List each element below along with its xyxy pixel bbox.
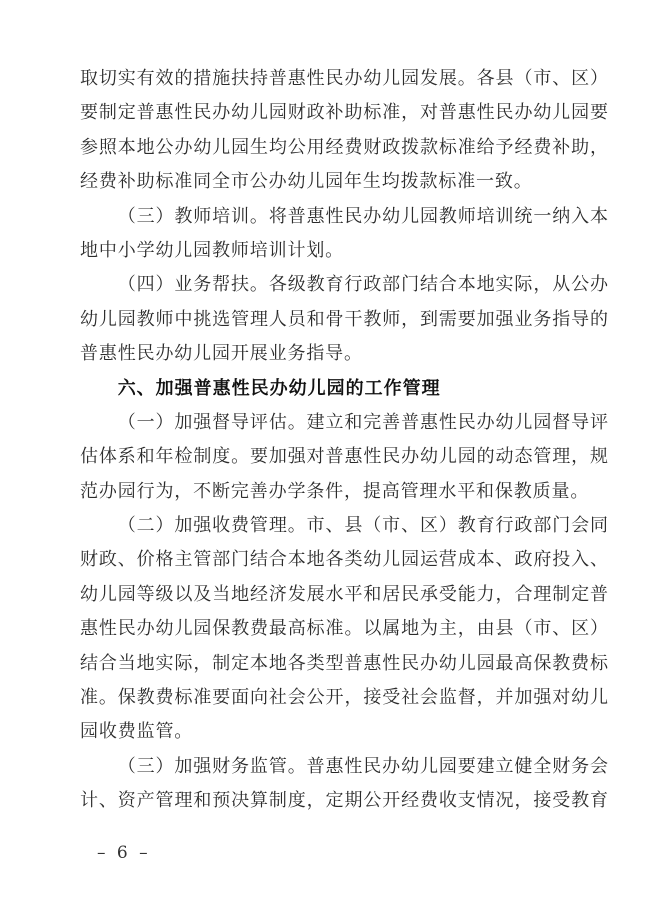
page-number: – 6 – bbox=[97, 843, 151, 863]
text-line: （四）业务帮扶。各级教育行政部门结合本地实际，从公办 bbox=[80, 268, 608, 302]
text-line: 取切实有效的措施扶持普惠性民办幼儿园发展。各县（市、区） bbox=[80, 62, 608, 96]
text-line: 惠性民办幼儿园保教费最高标准。以属地为主，由县（市、区） bbox=[80, 612, 608, 646]
text-line: （二）加强收费管理。市、县（市、区）教育行政部门会同 bbox=[80, 509, 608, 543]
text-line: 普惠性民办幼儿园开展业务指导。 bbox=[80, 337, 608, 371]
text-line: 准。保教费标准要面向社会公开，接受社会监督，并加强对幼儿 bbox=[80, 681, 608, 715]
document-page: 取切实有效的措施扶持普惠性民办幼儿园发展。各县（市、区）要制定普惠性民办幼儿园财… bbox=[0, 0, 672, 899]
text-line: 估体系和年检制度。要加强对普惠性民办幼儿园的动态管理，规 bbox=[80, 440, 608, 474]
text-line: 经费补助标准同全市公办幼儿园年生均拨款标准一致。 bbox=[80, 165, 608, 199]
text-line: 园收费监管。 bbox=[80, 715, 608, 749]
text-line: 结合当地实际，制定本地各类型普惠性民办幼儿园最高保教费标 bbox=[80, 647, 608, 681]
body-text: 取切实有效的措施扶持普惠性民办幼儿园发展。各县（市、区）要制定普惠性民办幼儿园财… bbox=[80, 62, 608, 819]
text-line: 幼儿园等级以及当地经济发展水平和居民承受能力，合理制定普 bbox=[80, 578, 608, 612]
text-line: 范办园行为，不断完善办学条件，提高管理水平和保教质量。 bbox=[80, 475, 608, 509]
text-line: 要制定普惠性民办幼儿园财政补助标准，对普惠性民办幼儿园要 bbox=[80, 96, 608, 130]
text-line: （三）教师培训。将普惠性民办幼儿园教师培训统一纳入本 bbox=[80, 200, 608, 234]
text-line: 幼儿园教师中挑选管理人员和骨干教师，到需要加强业务指导的 bbox=[80, 303, 608, 337]
section-heading: 六、加强普惠性民办幼儿园的工作管理 bbox=[80, 372, 608, 406]
text-line: （一）加强督导评估。建立和完善普惠性民办幼儿园督导评 bbox=[80, 406, 608, 440]
text-line: 参照本地公办幼儿园生均公用经费财政拨款标准给予经费补助， bbox=[80, 131, 608, 165]
text-line: 计、资产管理和预决算制度，定期公开经费收支情况，接受教育 bbox=[80, 784, 608, 818]
text-line: （三）加强财务监管。普惠性民办幼儿园要建立健全财务会 bbox=[80, 750, 608, 784]
text-line: 地中小学幼儿园教师培训计划。 bbox=[80, 234, 608, 268]
text-line: 财政、价格主管部门结合本地各类幼儿园运营成本、政府投入、 bbox=[80, 543, 608, 577]
